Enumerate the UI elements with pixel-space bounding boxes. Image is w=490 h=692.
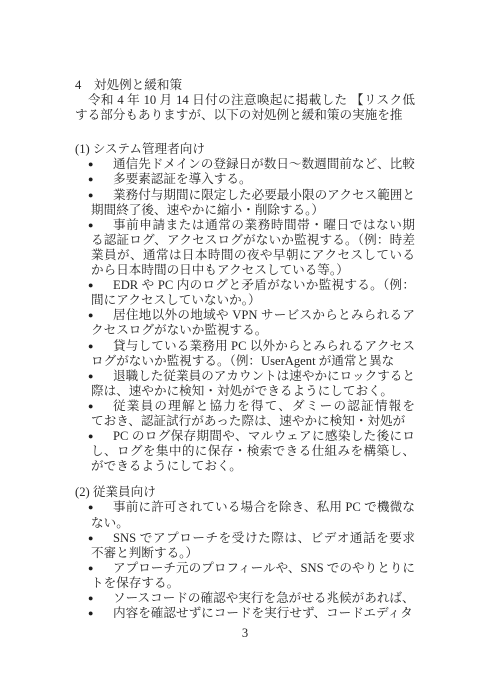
intro-line: 令和 4 年 10 月 14 日付の注意喚起に掲載した 【リスク低減のための対処… xyxy=(75,93,415,108)
bullet-line: 不審と判断する。） xyxy=(91,546,415,561)
bullet-item: ●SNS でアプローチを受けた際は、ビデオ通話を要求する。（複数回拒否する場合は… xyxy=(91,531,415,561)
bullet-item: ●PC のログ保存期間や、マルウェアに感染した後にログが消去されるリスクを考慮し… xyxy=(91,429,415,474)
bullet-line: クセスログがないか監視する。 xyxy=(91,323,415,338)
bullet-icon: ● xyxy=(88,500,93,515)
bullet-line: 業員が、通常は日本時間の夜や早朝にアクセスしているにもかかわらず、ある時期 xyxy=(91,248,415,263)
bullet-item: ●ソースコードの確認や実行を急がせる兆候があれば、不審性を考慮する。 xyxy=(91,591,415,606)
section-title: (1) システム管理者向け xyxy=(75,142,415,157)
bullet-line: PC のログ保存期間や、マルウェアに感染した後にログが消去されるリスクを考慮 xyxy=(91,429,415,444)
bullet-item: ●業務付与期間に限定した必要最小限のアクセス範囲と権限を付与する。（業務付与期間… xyxy=(91,188,415,218)
bullet-line: ソースコードの確認や実行を急がせる兆候があれば、不審性を考慮する。 xyxy=(91,591,415,606)
sections-container: (1) システム管理者向け●通信先ドメインの登録日が数日～数週間前など、比較的新… xyxy=(75,142,415,621)
bullet-line: 居住地以外の地域や VPN サービスからとみられるアクセスに関する認証ログ、ア xyxy=(91,308,415,323)
bullet-icon: ● xyxy=(88,561,93,576)
bullet-item: ●事前に許可されている場合を除き、私用 PC で機微な業務用システムにアクセスし… xyxy=(91,500,415,530)
bullet-line: アプローチ元のプロフィールや、SNS でのやりとりについて、スクリーンショッ xyxy=(91,561,415,576)
bullet-line: 退職した従業員のアカウントは速やかにロックするとともに、認証試行があった xyxy=(91,369,415,384)
bullet-icon: ● xyxy=(88,399,93,414)
bullet-item: ●EDR や PC 内のログと矛盾がないか監視する。（例：PC が電源 OFF … xyxy=(91,278,415,308)
document-content: 4 対処例と緩和策 令和 4 年 10 月 14 日付の注意喚起に掲載した 【リ… xyxy=(75,78,415,621)
bullet-line: し、ログを集中的に保存・検索できる仕組みを構築し、異常の把握と速やかな対処 xyxy=(91,444,415,459)
bullet-line: トを保存する。 xyxy=(91,576,415,591)
bullet-line: ができるようにしておく。 xyxy=(91,459,415,474)
bullet-line: 従業員の理解と協力を得て、ダミーの認証情報を Web ブラウザに記憶させる等し xyxy=(91,399,415,414)
bullet-icon: ● xyxy=(88,157,93,172)
bullet-line: ない。 xyxy=(91,516,415,531)
bullet-line: 通信先ドメインの登録日が数日～数週間前など、比較的新しくないか確認する。 xyxy=(91,157,415,172)
bullet-icon: ● xyxy=(88,591,93,606)
bullet-line: SNS でアプローチを受けた際は、ビデオ通話を要求する。（複数回拒否する場合は xyxy=(91,531,415,546)
bullet-line: ログがないか監視する。（例：UserAgent が通常と異なる。） xyxy=(91,354,415,369)
bullet-item: ●通信先ドメインの登録日が数日～数週間前など、比較的新しくないか確認する。 xyxy=(91,157,415,172)
bullet-line: ておき、認証試行があった際は、速やかに検知・対処ができるようにしておく。 xyxy=(91,414,415,429)
bullet-line: 貸与している業務用 PC 以外からとみられるアクセスに関する認証ログ、アクセス xyxy=(91,339,415,354)
bullet-icon: ● xyxy=(88,278,93,293)
bullet-item: ●貸与している業務用 PC 以外からとみられるアクセスに関する認証ログ、アクセス… xyxy=(91,339,415,369)
bullet-line: 事前に許可されている場合を除き、私用 PC で機微な業務用システムにアクセスし xyxy=(91,500,415,515)
bullet-icon: ● xyxy=(88,606,93,621)
section-heading: 4 対処例と緩和策 xyxy=(75,78,415,93)
bullet-line: 際は、速やかに検知・対処ができるようにしておく。 xyxy=(91,384,415,399)
intro-paragraph: 令和 4 年 10 月 14 日付の注意喚起に掲載した 【リスク低減のための対処… xyxy=(75,93,415,123)
bullet-icon: ● xyxy=(88,339,93,354)
bullet-item: ●従業員の理解と協力を得て、ダミーの認証情報を Web ブラウザに記憶させる等し… xyxy=(91,399,415,429)
blank-line xyxy=(75,123,415,142)
bullet-line: る認証ログ、アクセスログがないか監視する。（例：時差の大きい地域に居住する従 xyxy=(91,233,415,248)
bullet-line: 間にアクセスしていないか。） xyxy=(91,293,415,308)
bullet-item: ●退職した従業員のアカウントは速やかにロックするとともに、認証試行があった際は、… xyxy=(91,369,415,399)
bullet-line: EDR や PC 内のログと矛盾がないか監視する。（例：PC が電源 OFF し… xyxy=(91,278,415,293)
bullet-item: ●内容を確認せずにコードを実行せず、コードエディタで開いて、折り返し表示に xyxy=(91,606,415,621)
bullet-icon: ● xyxy=(88,218,93,233)
bullet-item: ●多要素認証を導入する。 xyxy=(91,172,415,187)
bullet-line: 業務付与期間に限定した必要最小限のアクセス範囲と権限を付与する。（業務付与 xyxy=(91,188,415,203)
bullet-line: から日本時間の日中もアクセスしている等。） xyxy=(91,263,415,278)
page-number: 3 xyxy=(0,626,490,641)
intro-line: する部分もありますが、以下の対処例と緩和策の実施を推奨します。 xyxy=(75,108,415,123)
bullet-line: 期間終了後、速やかに縮小・削除する。） xyxy=(91,203,415,218)
bullet-line: 内容を確認せずにコードを実行せず、コードエディタで開いて、折り返し表示に xyxy=(91,606,415,621)
bullet-item: ●居住地以外の地域や VPN サービスからとみられるアクセスに関する認証ログ、ア… xyxy=(91,308,415,338)
bullet-icon: ● xyxy=(88,429,93,444)
section-title: (2) 従業員向け xyxy=(75,485,415,500)
bullet-line: 多要素認証を導入する。 xyxy=(91,172,415,187)
bullet-icon: ● xyxy=(88,531,93,546)
bullet-icon: ● xyxy=(88,172,93,187)
bullet-line: 事前申請または通常の業務時間帯・曜日ではない期間に行われたアクセスに関す xyxy=(91,218,415,233)
bullet-item: ●事前申請または通常の業務時間帯・曜日ではない期間に行われたアクセスに関する認証… xyxy=(91,218,415,278)
bullet-icon: ● xyxy=(88,188,93,203)
document-page: 4 対処例と緩和策 令和 4 年 10 月 14 日付の注意喚起に掲載した 【リ… xyxy=(0,0,490,692)
bullet-item: ●アプローチ元のプロフィールや、SNS でのやりとりについて、スクリーンショット… xyxy=(91,561,415,591)
blank-line xyxy=(75,474,415,485)
bullet-icon: ● xyxy=(88,308,93,323)
bullet-icon: ● xyxy=(88,369,93,384)
